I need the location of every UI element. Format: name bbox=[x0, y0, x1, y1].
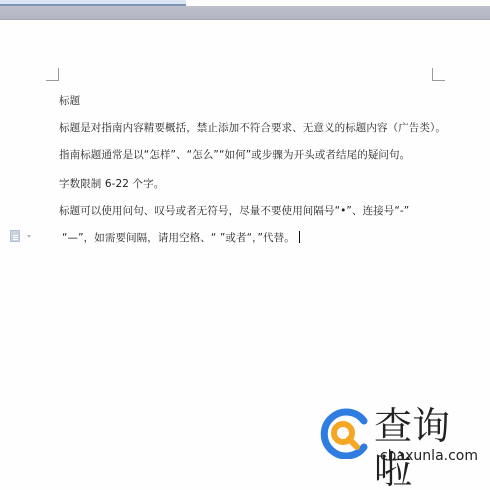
watermark-url: chaxunla.com bbox=[380, 448, 478, 464]
watermark-logo: 查询啦 chaxunla.com bbox=[318, 404, 478, 474]
chaxunla-logo-icon bbox=[318, 407, 370, 459]
margin-corner-top-left bbox=[46, 68, 59, 81]
document-paragraph[interactable]: 指南标题通常是以“怎样”、“怎么”“如何”或步骤为开头或者结尾的疑问句。 bbox=[59, 147, 410, 162]
paragraph-tag-button[interactable] bbox=[10, 230, 31, 242]
document-paragraph[interactable]: 标题可以使用问句、叹号或者无符号，尽量不要使用间隔号“•”、连接号“-” bbox=[59, 203, 409, 218]
chevron-down-icon bbox=[27, 235, 31, 238]
document-paragraph-current[interactable]: “—”，如需要间隔，请用空格、“ ”或者“，”代替。 bbox=[62, 230, 300, 245]
watermark-brand-name: 查询啦 bbox=[374, 404, 478, 490]
paragraph-doc-icon bbox=[10, 230, 20, 242]
document-heading[interactable]: 标题 bbox=[59, 93, 80, 108]
paragraph-text: “—”，如需要间隔，请用空格、“ ”或者“，”代替。 bbox=[62, 232, 295, 244]
document-paragraph[interactable]: 标题是对指南内容精要概括，禁止添加不符合要求、无意义的标题内容（广告类）。 bbox=[59, 120, 446, 135]
document-paragraph[interactable]: 字数限制 6-22 个字。 bbox=[59, 176, 164, 191]
text-cursor bbox=[299, 231, 301, 243]
toolbar-band bbox=[0, 6, 490, 20]
margin-corner-top-right bbox=[432, 68, 445, 81]
